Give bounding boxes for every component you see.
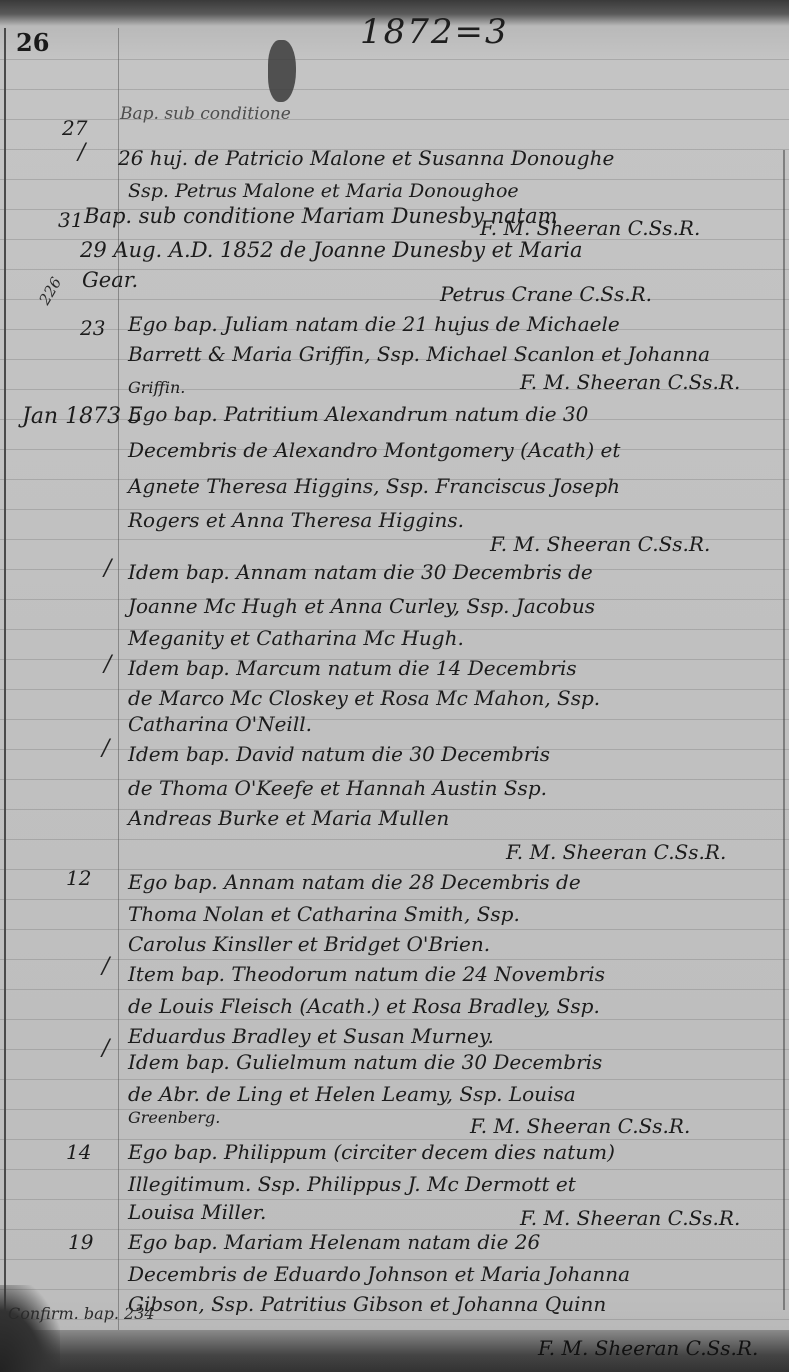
entry-line: Ssp. Petrus Malone et Maria Donoughoe: [128, 180, 519, 202]
ink-blot: [268, 40, 296, 102]
entry-line: Ego bap. Patritium Alexandrum natum die …: [128, 402, 588, 426]
entry-line: Meganity et Catharina Mc Hugh.: [128, 626, 464, 650]
entry-date: 19: [68, 1230, 93, 1254]
page-right-edge: [783, 150, 785, 1310]
check-mark-icon: /: [102, 1036, 109, 1061]
entry-signature: F. M. Sheeran C.Ss.R.: [538, 1336, 758, 1360]
entry-line: Gear.: [82, 268, 138, 292]
entry-line: Joanne Mc Hugh et Anna Curley, Ssp. Jaco…: [128, 594, 595, 618]
check-mark-icon: /: [104, 652, 111, 677]
entry-date: 27: [62, 116, 87, 140]
entry-line: Thoma Nolan et Catharina Smith, Ssp.: [128, 902, 520, 926]
entry-date: 12: [66, 866, 91, 890]
entry-line: Decembris de Alexandro Montgomery (Acath…: [128, 438, 620, 462]
entry-line: Ego bap. Mariam Helenam natam die 26: [128, 1230, 540, 1254]
entry-line: Catharina O'Neill.: [128, 712, 312, 736]
entry-line: de Marco Mc Closkey et Rosa Mc Mahon, Ss…: [128, 686, 600, 710]
entry-date: 14: [66, 1140, 91, 1164]
entry-date: Jan 1873 5: [22, 404, 142, 429]
page-corner-shadow: [0, 1285, 60, 1372]
entry-line: Andreas Burke et Maria Mullen: [128, 806, 449, 830]
entry-line: Louisa Miller.: [128, 1200, 266, 1224]
register-page: 26 1872=3 27 / Bap. sub conditione 26 hu…: [0, 0, 789, 1372]
entry-signature: F. M. Sheeran C.Ss.R.: [470, 1114, 690, 1138]
entry-line: Idem bap. Gulielmum natum die 30 Decembr…: [128, 1050, 602, 1074]
check-mark-icon: /: [102, 736, 109, 761]
entry-line: de Abr. de Ling et Helen Leamy, Ssp. Lou…: [128, 1082, 576, 1106]
check-mark-icon: /: [102, 954, 109, 979]
entry-line: Gibson, Ssp. Patritius Gibson et Johanna…: [128, 1292, 606, 1316]
entry-line: Ego bap. Philippum (circiter decem dies …: [128, 1140, 615, 1164]
entry-signature: Petrus Crane C.Ss.R.: [440, 282, 652, 306]
entry-line: Eduardus Bradley et Susan Murney.: [128, 1024, 494, 1048]
entry-line: Agnete Theresa Higgins, Ssp. Franciscus …: [128, 474, 620, 498]
entry-line: Griffin.: [128, 378, 185, 397]
entry-line: Idem bap. David natum die 30 Decembris: [128, 742, 550, 766]
entry-line: Item bap. Theodorum natum die 24 Novembr…: [128, 962, 605, 986]
entry-line: 26 huj. de Patricio Malone et Susanna Do…: [118, 146, 614, 170]
entry-line: de Louis Fleisch (Acath.) et Rosa Bradle…: [128, 994, 600, 1018]
year-heading: 1872=3: [360, 12, 509, 52]
page-left-edge: [4, 28, 6, 1318]
entry-line: Rogers et Anna Theresa Higgins.: [128, 508, 464, 532]
check-mark-icon: /: [104, 556, 111, 581]
entry-date: 23: [80, 316, 105, 340]
entry-line: Idem bap. Marcum natum die 14 Decembris: [128, 656, 577, 680]
entry-signature: F. M. Sheeran C.Ss.R.: [506, 840, 726, 864]
check-mark-icon: /: [78, 140, 85, 165]
entry-date: 31: [58, 208, 83, 232]
entry-line: Barrett & Maria Griffin, Ssp. Michael Sc…: [128, 342, 710, 366]
entry-line: Idem bap. Annam natam die 30 Decembris d…: [128, 560, 593, 584]
entry-line: Carolus Kinsller et Bridget O'Brien.: [128, 932, 490, 956]
entry-signature: F. M. Sheeran C.Ss.R.: [520, 1206, 740, 1230]
entry-signature: F. M. Sheeran C.Ss.R.: [490, 532, 710, 556]
footer-margin-note: Confirm. bap. 234: [8, 1304, 155, 1323]
page-number: 26: [16, 28, 49, 57]
entry-signature: F. M. Sheeran C.Ss.R.: [520, 370, 740, 394]
entry-line: Bap. sub conditione: [120, 104, 291, 124]
entry-line: Ego bap. Juliam natam die 21 hujus de Mi…: [128, 312, 620, 336]
entry-line: Bap. sub conditione Mariam Dunesby natam: [84, 204, 558, 228]
entry-line: de Thoma O'Keefe et Hannah Austin Ssp.: [128, 776, 547, 800]
entry-line: 29 Aug. A.D. 1852 de Joanne Dunesby et M…: [80, 238, 582, 262]
entry-line: Greenberg.: [128, 1108, 220, 1127]
entry-line: Illegitimum. Ssp. Philippus J. Mc Dermot…: [128, 1172, 576, 1196]
entry-line: Decembris de Eduardo Johnson et Maria Jo…: [128, 1262, 630, 1286]
entry-line: Ego bap. Annam natam die 28 Decembris de: [128, 870, 581, 894]
